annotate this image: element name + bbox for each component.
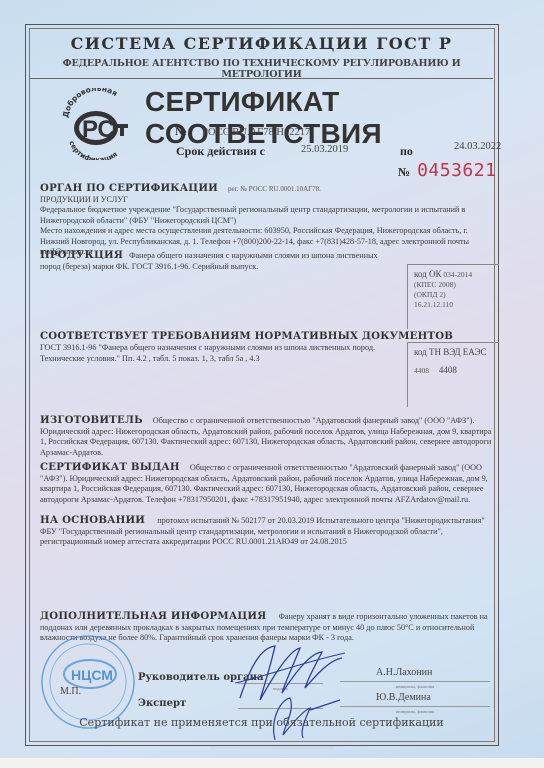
name-caption: инициалы, фамилия [340,684,490,689]
certificate-title: СЕРТИФИКАТ СООТВЕТСТВИЯ [145,86,495,150]
serial-value: 0453621 [417,160,496,181]
compliance-section: СООТВЕТСТВУЕТ ТРЕБОВАНИЯМ НОРМАТИВНЫХ ДО… [40,331,495,342]
to-label: по [400,144,413,159]
system-title: СИСТЕМА СЕРТИФИКАЦИИ ГОСТ Р [30,34,493,53]
compliance-text: ГОСТ 3916.1-96 "Фанера общего назначения… [40,343,385,364]
product-code-line: 034-2014 [443,270,472,279]
svg-text:М.П.: М.П. [60,686,81,697]
additional-info-heading: ДОПОЛНИТЕЛЬНАЯ ИНФОРМАЦИЯ [40,610,266,622]
basis-section: НА ОСНОВАНИИ протокол испытаний № 502177… [40,515,495,548]
rst-logo-icon: Добровольная РС сертификация [58,88,138,160]
basis-heading: НА ОСНОВАНИИ [40,514,145,526]
serial-label: № [398,165,410,179]
product-code-box: код ОК 034-2014 (КПЕС 2008) (ОКПД 2) 16.… [407,264,499,329]
compliance-heading: СООТВЕТСТВУЕТ ТРЕБОВАНИЯМ НОРМАТИВНЫХ ДО… [40,331,495,342]
product-section: ПРОДУКЦИЯ Фанера общего назначения с нар… [40,250,390,272]
issued-to-section: СЕРТИФИКАТ ВЫДАН Общество с ограниченной… [40,462,495,505]
compliance-text-block: ГОСТ 3916.1-96 "Фанера общего назначения… [40,343,385,364]
product-code-label: код ОК [414,269,442,279]
certification-body-text: Федеральное бюджетное учреждение "Госуда… [40,205,495,226]
product-code-line: 16.21.12.110 [414,300,499,310]
certificate-number: № РОСС RU.АГ78.Н02217 [175,124,310,139]
svg-text:НЦСМ: НЦСМ [71,667,113,683]
svg-text:РС: РС [82,116,115,143]
head-name: А.Н.Лахонин [376,667,432,678]
printer-imprint: ········································… [0,745,544,750]
certification-body-subheading: ПРОДУКЦИИ И УСЛУГ [40,195,495,206]
tnved-code: 4408 [414,366,429,375]
valid-to: 24.03.2022 [454,141,501,152]
paper-edge [0,758,544,768]
head-name-line [340,681,490,682]
product-code-line: (ОКПД 2) [414,290,499,300]
tnved-code-label: код ТН ВЭД ЕАЭС [414,347,499,357]
footer-note: Сертификат не применяется при обязательн… [30,716,493,729]
expert-name: Ю.В.Демина [376,692,431,703]
valid-from: 25.03.2019 [301,144,348,155]
product-heading: ПРОДУКЦИЯ [40,249,123,261]
product-code-line: (КПЕС 2008) [414,280,499,290]
name-caption: инициалы, фамилия [340,709,490,714]
number-label: № [175,124,187,138]
expert-label: Эксперт [138,698,186,709]
issued-to-heading: СЕРТИФИКАТ ВЫДАН [40,461,180,473]
manufacturer-heading: ИЗГОТОВИТЕЛЬ [40,414,143,426]
tnved-code-box: код ТН ВЭД ЕАЭС 4408 4408 [407,342,499,407]
header-divider [29,78,493,79]
expert-name-line [340,706,490,707]
serial-number: № 0453621 [398,160,496,181]
certification-body-heading: ОРГАН ПО СЕРТИФИКАЦИИ [40,182,218,194]
certification-body-section: ОРГАН ПО СЕРТИФИКАЦИИ рег. № РОСС RU.000… [40,183,495,258]
number-value: РОСС RU.АГ78.Н02217 [202,127,310,138]
manufacturer-section: ИЗГОТОВИТЕЛЬ Общество с ограниченной отв… [40,415,495,458]
certification-body-reg: рег. № РОСС RU.0001.10АГ78. [228,185,321,193]
agency-title: ФЕДЕРАЛЬНОЕ АГЕНТСТВО ПО ТЕХНИЧЕСКОМУ РЕ… [30,58,493,80]
tnved-code: 4408 [439,365,457,375]
validity-label: Срок действия с [176,144,265,159]
